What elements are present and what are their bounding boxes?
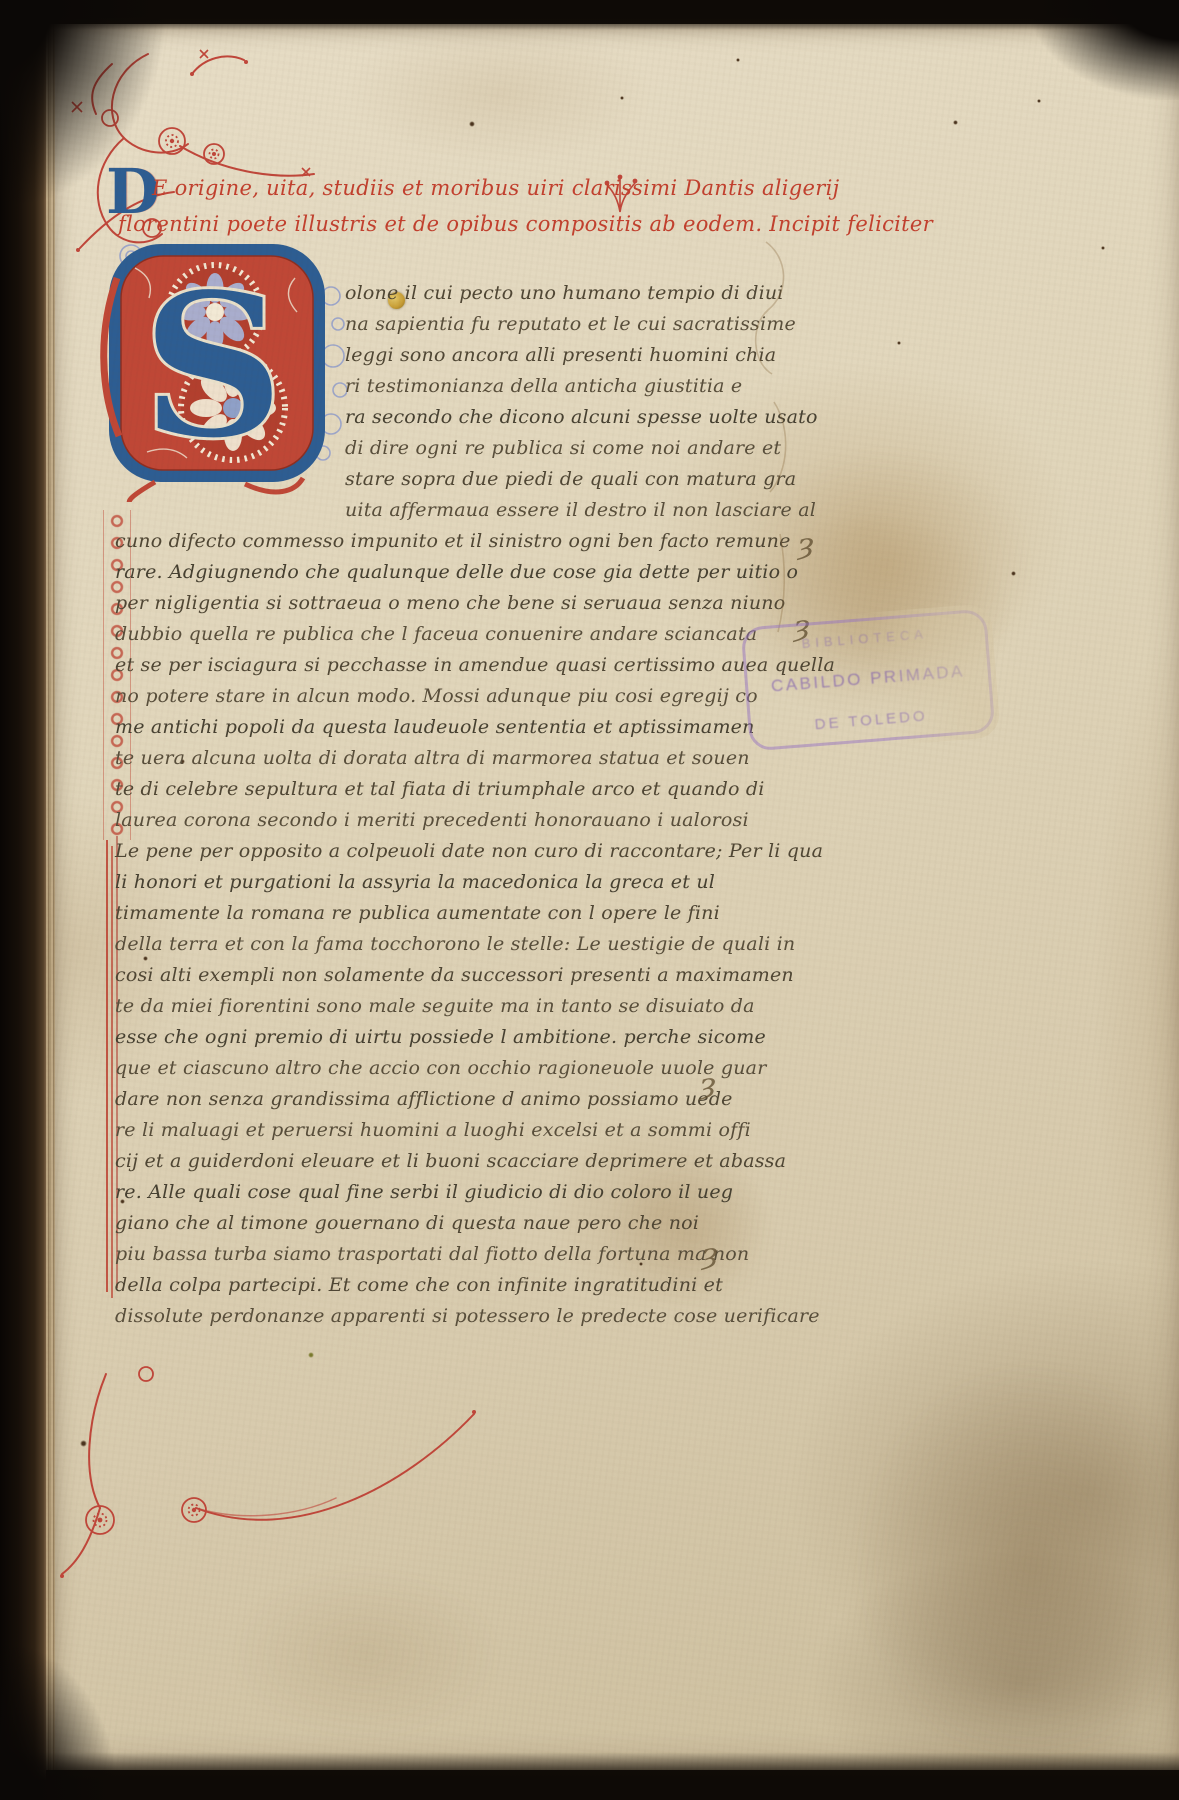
text-line: li honori et purgationi la assyria la ma… <box>115 867 815 898</box>
text-line: te da miei fiorentini sono male seguite … <box>115 991 815 1022</box>
brace-mark: ȝ <box>702 1240 718 1270</box>
brace-mark: ȝ <box>700 1070 716 1100</box>
text-line: leggi sono ancora alli presenti huomini … <box>115 340 815 371</box>
text-line: olone il cui pecto uno humano tempio di … <box>115 278 815 309</box>
text-line: per nigligentia si sottraeua o meno che … <box>115 588 815 619</box>
text-line: na sapientia fu reputato et le cui sacra… <box>115 309 815 340</box>
text-line: te uera alcuna uolta di dorata altra di … <box>115 743 815 774</box>
photo-edge-bottom <box>0 1752 1179 1800</box>
manuscript-page: D E origine, uita, studiis et moribus ui… <box>46 24 1179 1770</box>
text-line: ri testimonianza della anticha giustitia… <box>115 371 815 402</box>
text-line: stare sopra due piedi de quali con matur… <box>115 464 815 495</box>
text-line: me antichi popoli da questa laudeuole se… <box>115 712 815 743</box>
ink-speck <box>620 96 624 100</box>
photo-corner-bottom-left <box>0 1640 120 1800</box>
text-line: no potere stare in alcun modo. Mossi adu… <box>115 681 815 712</box>
bottom-left-penwork-flourish-icon <box>46 1356 486 1586</box>
text-line: della terra et con la fama tocchorono le… <box>115 929 815 960</box>
ink-speck <box>1011 571 1016 576</box>
stamp-line-2: CABILDO PRIMADA <box>753 660 982 698</box>
text-line: uita affermaua essere il destro il non l… <box>115 495 815 526</box>
text-line: te di celebre sepultura et tal fiata di … <box>115 774 815 805</box>
stamp-line-3: DE TOLEDO <box>757 703 986 738</box>
ink-speck <box>953 120 958 125</box>
margin-red-lines <box>106 840 108 1292</box>
photo-edge-top <box>0 0 1179 30</box>
text-line: giano che al timone gouernano di questa … <box>115 1208 815 1239</box>
text-line: laurea corona secondo i meriti precedent… <box>115 805 815 836</box>
ink-speck <box>469 121 475 127</box>
photo-corner-top-right <box>1029 0 1179 100</box>
library-stamp: BIBLIOTECA CABILDO PRIMADA DE TOLEDO <box>741 609 996 752</box>
text-line: cij et a guiderdoni eleuare et li buoni … <box>115 1146 815 1177</box>
text-line: et se per isciagura si pecchasse in amen… <box>115 650 815 681</box>
text-line: esse che ogni premio di uirtu possiede l… <box>115 1022 815 1053</box>
text-line: dubbio quella re publica che l faceua co… <box>115 619 815 650</box>
text-line: della colpa partecipi. Et come che con i… <box>115 1270 815 1301</box>
ink-speck <box>736 58 740 62</box>
stain <box>226 1564 506 1744</box>
rubric-line-2: florentini poete illustris et de opibus … <box>118 212 933 236</box>
rubric-line-1: E origine, uita, studiis et moribus uiri… <box>152 176 839 200</box>
text-line: Le pene per opposito a colpeuoli date no… <box>115 836 815 867</box>
text-block: olone il cui pecto uno humano tempio di … <box>115 278 815 1332</box>
ink-speck <box>897 341 901 345</box>
manuscript-photo: D E origine, uita, studiis et moribus ui… <box>0 0 1179 1800</box>
book-spine-edge <box>0 0 46 1800</box>
text-line: cosi alti exempli non solamente da succe… <box>115 960 815 991</box>
ink-speck <box>1101 246 1105 250</box>
photo-corner-top-left <box>0 0 170 210</box>
brace-mark: ȝ <box>798 530 814 560</box>
text-line: ra secondo che dicono alcuni spesse uolt… <box>115 402 815 433</box>
text-line: rare. Adgiugnendo che qualunque delle du… <box>115 557 815 588</box>
text-line: dissolute perdonanze apparenti si potess… <box>115 1301 815 1332</box>
text-line: re. Alle quali cose qual fine serbi il g… <box>115 1177 815 1208</box>
text-line: re li maluagi et peruersi huomini a luog… <box>115 1115 815 1146</box>
text-line: timamente la romana re publica aumentate… <box>115 898 815 929</box>
text-line: di dire ogni re publica si come noi anda… <box>115 433 815 464</box>
stamp-line-1: BIBLIOTECA <box>751 622 979 655</box>
text-line: cuno difecto commesso impunito et il sin… <box>115 526 815 557</box>
stain <box>846 1354 1179 1774</box>
